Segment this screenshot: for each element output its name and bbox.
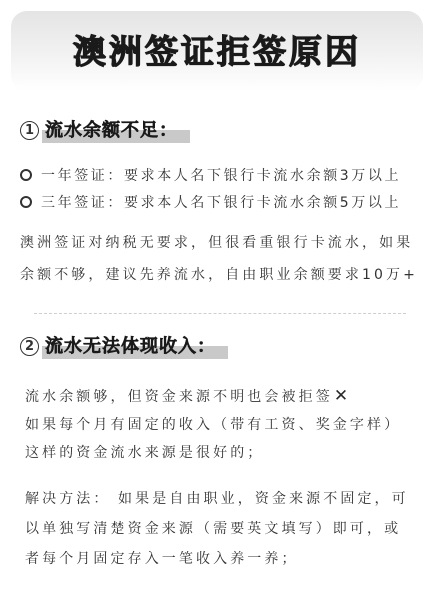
solution-line: 以单独写清楚资金来源（需要英文填写）即可，或: [25, 522, 401, 536]
bullet-item: 一年签证：要求本人名下银行卡流水余额3万以上: [20, 165, 401, 185]
section-1-heading: 流水余额不足：: [45, 120, 178, 141]
page-title: 澳洲签证拒签原因: [73, 35, 361, 68]
paragraph-line: 流水余额够，但资金来源不明也会被拒签✕: [25, 388, 348, 405]
paragraph-line: 如果每个月有固定的收入（带有工资、奖金字样）: [25, 418, 401, 432]
hollow-circle-icon: [20, 169, 32, 181]
solution-line: 解决方法： 如果是自由职业，资金来源不固定，可: [25, 492, 409, 506]
paragraph-line: 澳洲签证对纳税无要求，但很看重银行卡流水，如果: [20, 236, 413, 250]
dashed-divider: [34, 313, 406, 314]
section-2-heading: 流水无法体现收入：: [45, 336, 216, 357]
paragraph-line: 余额不够，建议先养流水，自由职业余额要求10万+: [20, 268, 418, 282]
bullet-item: 三年签证：要求本人名下银行卡流水余额5万以上: [20, 192, 401, 212]
bullet-text: 三年签证：要求本人名下银行卡流水余额5万以上: [41, 192, 401, 212]
hollow-circle-icon: [20, 196, 32, 208]
number-badge-2: 2: [20, 337, 39, 356]
solution-line: 者每个月固定存入一笔收入养一养；: [25, 552, 299, 566]
bullet-text: 一年签证：要求本人名下银行卡流水余额3万以上: [41, 165, 401, 185]
line-text: 流水余额够，但资金来源不明也会被拒签: [25, 389, 333, 405]
cross-icon: ✕: [334, 386, 348, 406]
section-1-heading-wrap: 流水余额不足：: [45, 121, 178, 140]
title-card: 澳洲签证拒签原因: [11, 11, 423, 91]
number-badge-1: 1: [20, 121, 39, 140]
paragraph-line: 这样的资金流水来源是很好的；: [25, 446, 264, 460]
section-1-header: 1 流水余额不足：: [20, 121, 178, 140]
section-2-heading-wrap: 流水无法体现收入：: [45, 337, 216, 356]
page: 澳洲签证拒签原因 1 流水余额不足： 一年签证：要求本人名下银行卡流水余额3万以…: [0, 0, 434, 600]
section-2-header: 2 流水无法体现收入：: [20, 337, 216, 356]
